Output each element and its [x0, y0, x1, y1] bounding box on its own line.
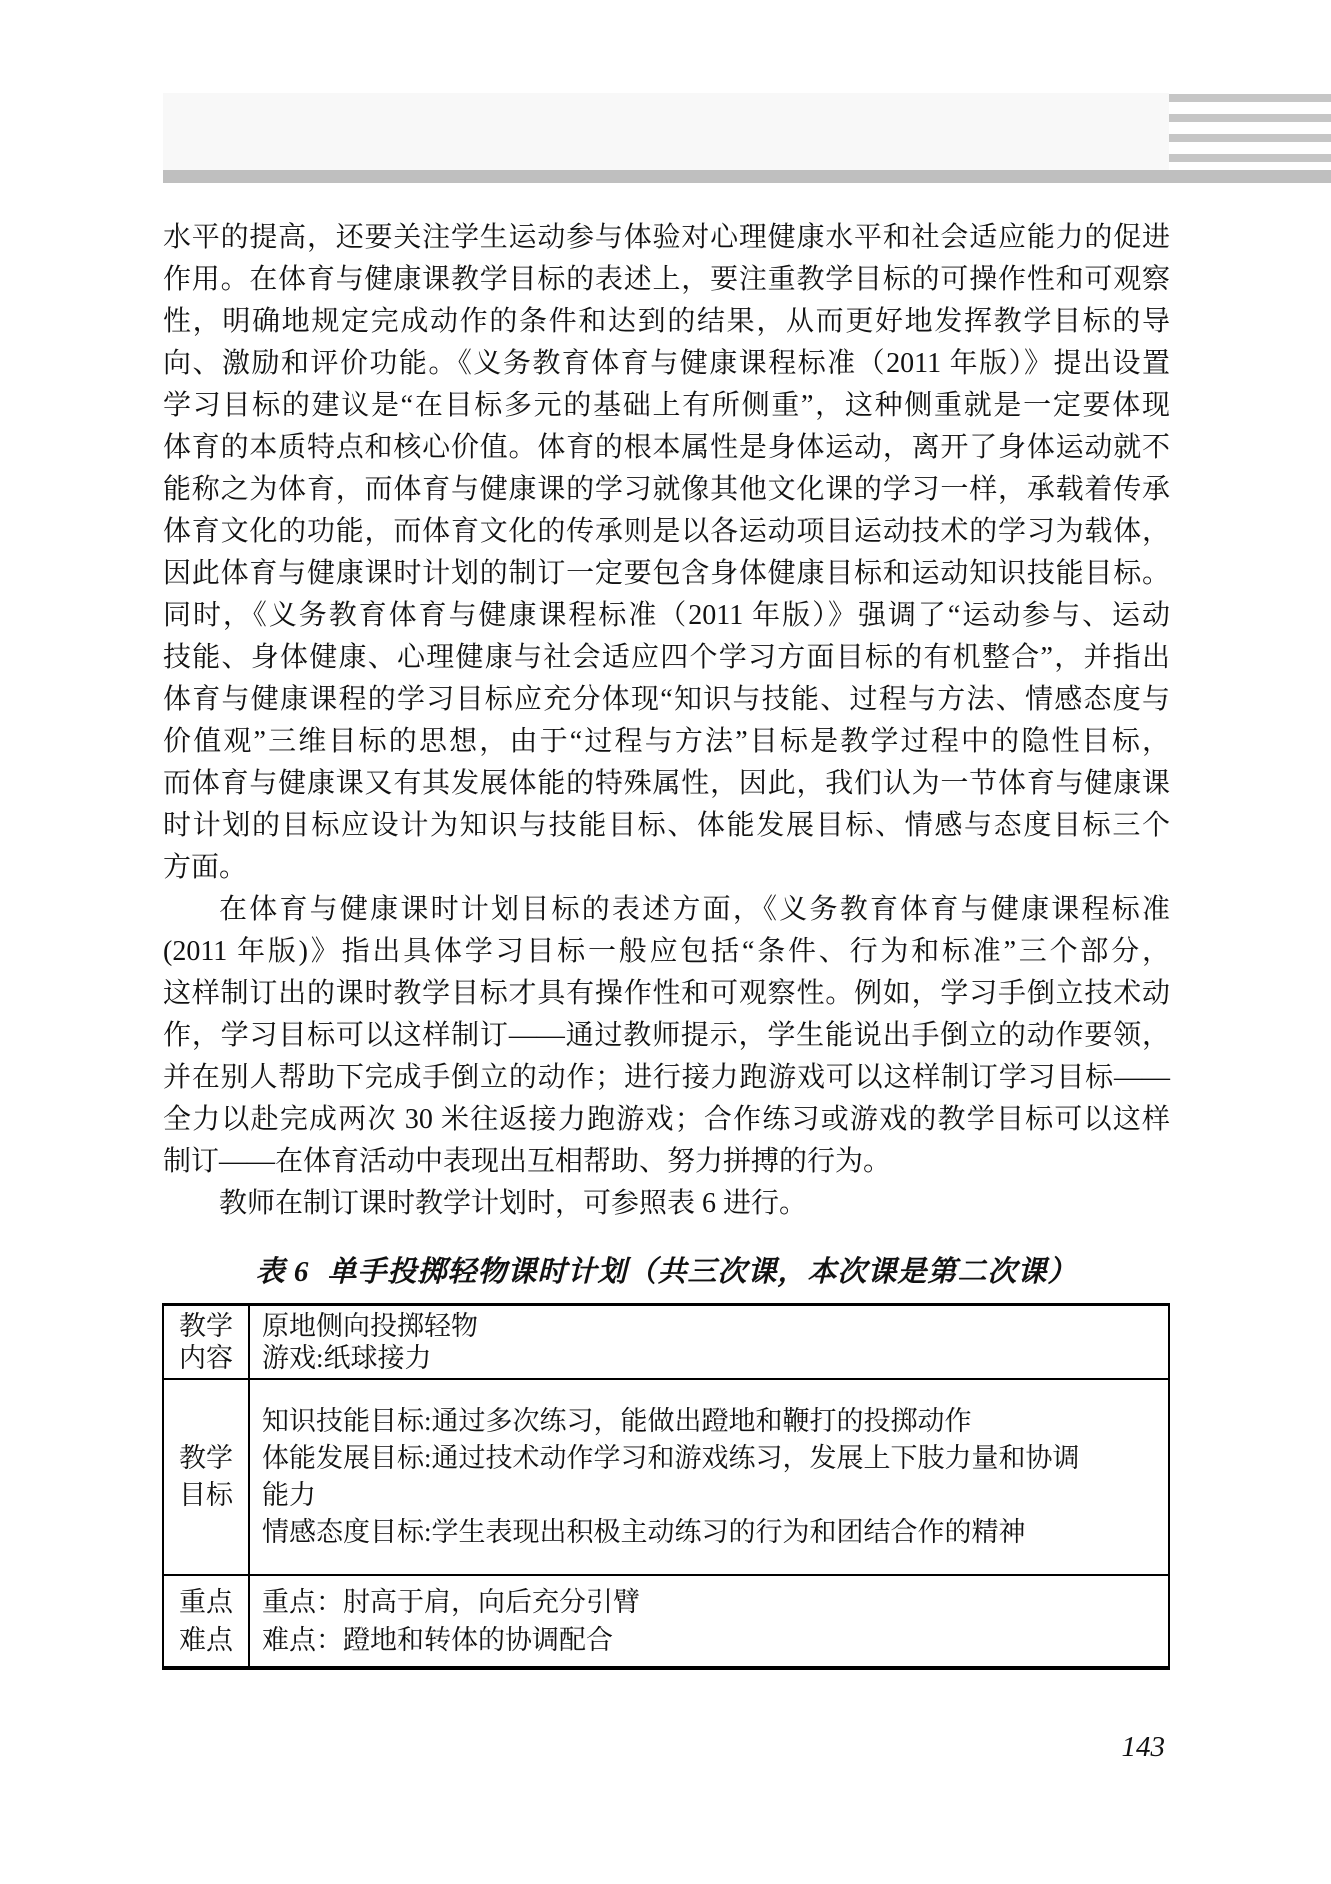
body-line: 因此体育与健康课时计划的制订一定要包含身体健康目标和运动知识技能目标。	[163, 553, 1170, 595]
table-caption-label: 表 6	[256, 1256, 310, 1288]
body-line: 方面。	[163, 847, 1170, 889]
header-stripe	[1169, 154, 1331, 162]
body-line: 能称之为体育，而体育与健康课的学习就像其他文化课的学习一样，承载着传承	[163, 469, 1170, 511]
body-line: 同时，《义务教育体育与健康课程标准（2011 年版）》强调了“运动参与、运动	[163, 595, 1170, 637]
row-content-cell: 原地侧向投掷轻物游戏:纸球接力	[249, 1305, 1169, 1380]
body-line: 技能、身体健康、心理健康与社会适应四个学习方面目标的有机整合”，并指出	[163, 637, 1170, 679]
body-text: 水平的提高，还要关注学生运动参与体验对心理健康水平和社会适应能力的促进作用。在体…	[163, 217, 1170, 1225]
row-content-line: 能力	[262, 1477, 1158, 1514]
row-header-cell: 重点难点	[163, 1575, 249, 1668]
body-line: 全力以赴完成两次 30 米往返接力跑游戏；合作练习或游戏的教学目标可以这样	[163, 1099, 1170, 1141]
body-line: 体育文化的功能，而体育文化的传承则是以各运动项目运动技术的学习为载体，	[163, 511, 1170, 553]
row-content-line: 情感态度目标:学生表现出积极主动练习的行为和团结合作的精神	[262, 1514, 1158, 1551]
row-header-line: 目标	[164, 1477, 248, 1514]
body-line: 教师在制订课时教学计划时，可参照表 6 进行。	[163, 1183, 1170, 1225]
row-content-line: 游戏:纸球接力	[262, 1342, 1158, 1374]
body-line: 价值观”三维目标的思想，由于“过程与方法”目标是教学过程中的隐性目标，	[163, 721, 1170, 763]
body-line: 体育的本质特点和核心价值。体育的根本属性是身体运动，离开了身体运动就不	[163, 427, 1170, 469]
table-row: 教学目标知识技能目标:通过多次练习，能做出蹬地和鞭打的投掷动作体能发展目标:通过…	[163, 1379, 1169, 1575]
body-line: 并在别人帮助下完成手倒立的动作；进行接力跑游戏可以这样制订学习目标——	[163, 1057, 1170, 1099]
header-stripe	[1169, 114, 1331, 122]
header-stripe	[1169, 134, 1331, 142]
page: 水平的提高，还要关注学生运动参与体验对心理健康水平和社会适应能力的促进作用。在体…	[0, 0, 1331, 1884]
body-line: 体育与健康课程的学习目标应充分体现“知识与技能、过程与方法、情感态度与	[163, 679, 1170, 721]
header-panel	[163, 93, 1169, 171]
table-caption: 表 6单手投掷轻物课时计划（共三次课，本次课是第二次课）	[163, 1249, 1170, 1290]
row-header-cell: 教学目标	[163, 1379, 249, 1575]
row-header-cell: 教学内容	[163, 1305, 249, 1380]
row-content-line: 体能发展目标:通过技术动作学习和游戏练习，发展上下肢力量和协调	[262, 1440, 1158, 1477]
row-content-line: 难点：蹬地和转体的协调配合	[262, 1621, 1158, 1659]
row-content-line: 重点：肘高于肩，向后充分引臂	[262, 1583, 1158, 1621]
header-stripe	[1169, 94, 1331, 102]
body-line: (2011 年版)》指出具体学习目标一般应包括“条件、行为和标准”三个部分，	[163, 931, 1170, 973]
page-number: 143	[1122, 1731, 1166, 1764]
row-header-line: 内容	[164, 1342, 248, 1374]
table-row: 教学内容原地侧向投掷轻物游戏:纸球接力	[163, 1305, 1169, 1380]
table-row: 重点难点重点：肘高于肩，向后充分引臂难点：蹬地和转体的协调配合	[163, 1575, 1169, 1668]
row-content-line: 知识技能目标:通过多次练习，能做出蹬地和鞭打的投掷动作	[262, 1403, 1158, 1440]
row-header-line: 重点	[164, 1583, 248, 1621]
header-rule	[163, 170, 1331, 183]
body-line: 而体育与健康课又有其发展体能的特殊属性，因此，我们认为一节体育与健康课	[163, 763, 1170, 805]
body-line: 在体育与健康课时计划目标的表述方面，《义务教育体育与健康课程标准	[163, 889, 1170, 931]
body-line: 作用。在体育与健康课教学目标的表述上，要注重教学目标的可操作性和可观察	[163, 259, 1170, 301]
body-line: 向、激励和评价功能。《义务教育体育与健康课程标准（2011 年版）》提出设置	[163, 343, 1170, 385]
body-line: 学习目标的建议是“在目标多元的基础上有所侧重”，这种侧重就是一定要体现	[163, 385, 1170, 427]
row-header-line: 教学	[164, 1440, 248, 1477]
row-content-cell: 知识技能目标:通过多次练习，能做出蹬地和鞭打的投掷动作体能发展目标:通过技术动作…	[249, 1379, 1169, 1575]
lesson-plan-table: 教学内容原地侧向投掷轻物游戏:纸球接力教学目标知识技能目标:通过多次练习，能做出…	[162, 1303, 1170, 1670]
lesson-plan-table-body: 教学内容原地侧向投掷轻物游戏:纸球接力教学目标知识技能目标:通过多次练习，能做出…	[163, 1305, 1169, 1669]
body-line: 这样制订出的课时教学目标才具有操作性和可观察性。例如，学习手倒立技术动	[163, 973, 1170, 1015]
row-header-line: 难点	[164, 1621, 248, 1659]
row-content-cell: 重点：肘高于肩，向后充分引臂难点：蹬地和转体的协调配合	[249, 1575, 1169, 1668]
row-header-line: 教学	[164, 1310, 248, 1342]
row-content-line: 原地侧向投掷轻物	[262, 1310, 1158, 1342]
body-line: 制订——在体育活动中表现出互相帮助、努力拼搏的行为。	[163, 1141, 1170, 1183]
body-line: 作，学习目标可以这样制订——通过教师提示，学生能说出手倒立的动作要领，	[163, 1015, 1170, 1057]
table-caption-title: 单手投掷轻物课时计划（共三次课，本次课是第二次课）	[327, 1256, 1077, 1288]
body-line: 水平的提高，还要关注学生运动参与体验对心理健康水平和社会适应能力的促进	[163, 217, 1170, 259]
body-line: 性，明确地规定完成动作的条件和达到的结果，从而更好地发挥教学目标的导	[163, 301, 1170, 343]
body-line: 时计划的目标应设计为知识与技能目标、体能发展目标、情感与态度目标三个	[163, 805, 1170, 847]
